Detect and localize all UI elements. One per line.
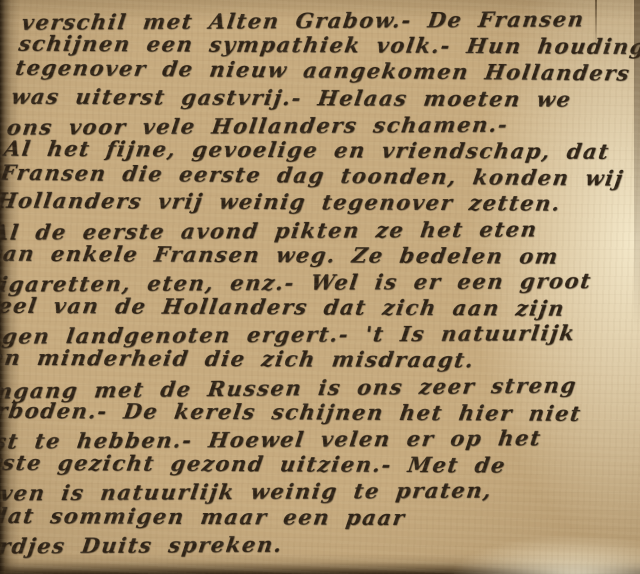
page-crease: [595, 0, 597, 48]
handwritten-line: een minderheid die zich misdraagt.: [0, 345, 640, 376]
handwritten-line: verboden.- De kerels schijnen het hier n…: [0, 397, 640, 428]
handwritten-line: woordjes Duits spreken.: [0, 528, 640, 560]
diary-page: verschil met Alten Grabow.- De Fransen s…: [0, 0, 640, 574]
handwritten-line: van enkele Fransen weg. Ze bedelen om: [0, 240, 640, 271]
page-right-edge-shadow: [634, 0, 640, 330]
handwritten-line: was uiterst gastvrij.- Helaas moeten we: [10, 83, 640, 114]
handwritten-line: omdat sommigen maar een paar: [0, 502, 640, 533]
handwritten-line: eerste gezicht gezond uitzien.- Met de: [0, 450, 640, 481]
handwritten-line: Hollanders vrij weinig tegenover zetten.: [0, 188, 640, 219]
handwritten-line: deel van de Hollanders dat zich aan zijn: [0, 293, 640, 324]
handwriting-block: verschil met Alten Grabow.- De Fransen s…: [0, 7, 640, 557]
